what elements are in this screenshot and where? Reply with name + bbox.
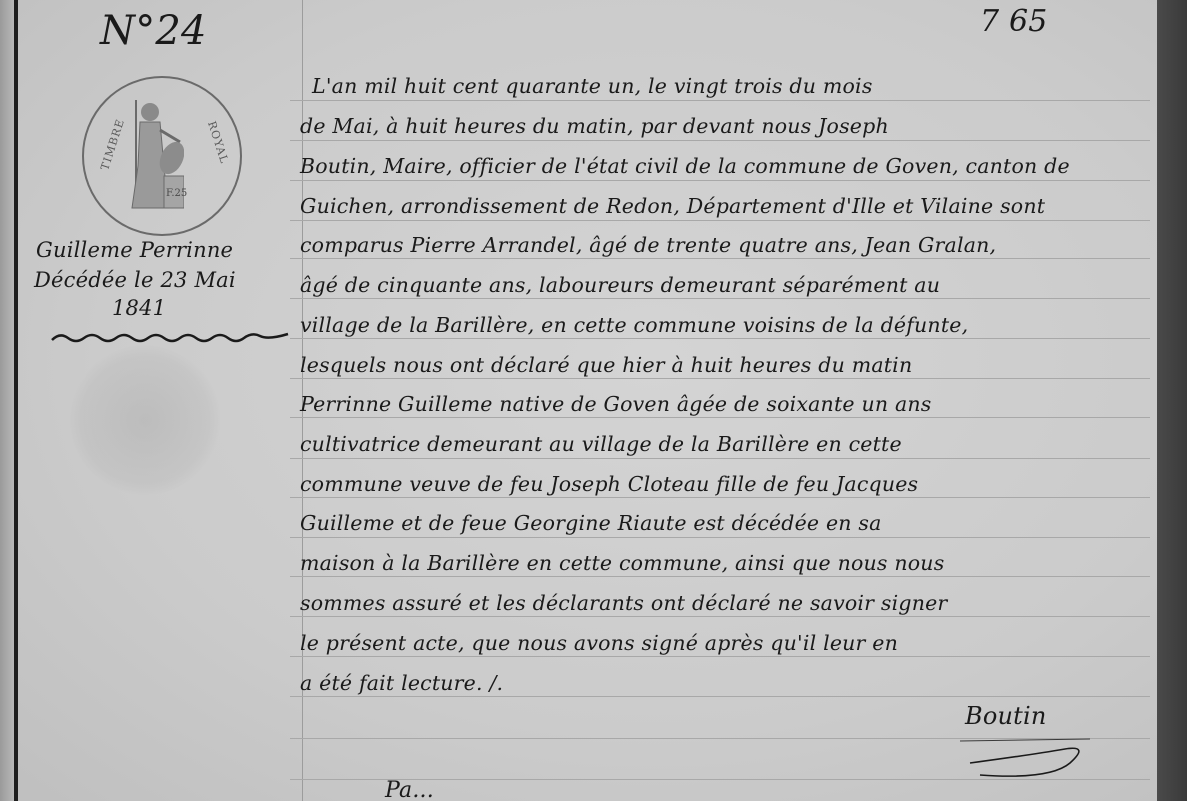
ruled-line <box>290 298 1150 299</box>
body-line-11: commune veuve de feu Joseph Cloteau fill… <box>300 472 918 496</box>
ruled-line <box>290 338 1150 339</box>
page-right-edge-shadow <box>1157 0 1187 801</box>
ruled-line <box>290 696 1150 697</box>
adjacent-page-edge <box>0 0 14 801</box>
binding-line <box>14 0 18 801</box>
body-line-16: a été fait lecture. /. <box>300 671 503 695</box>
scanned-register-page: N°24 7 65 TIMBRE ROYAL F.25 Guilleme Per… <box>0 0 1187 801</box>
stamp-text-royal: ROYAL <box>205 120 231 166</box>
page-number: 7 65 <box>980 4 1048 39</box>
body-line-5: comparus Pierre Arrandel, âgé de trente … <box>300 233 996 257</box>
margin-note-year: 1841 <box>112 296 166 320</box>
ruled-line <box>290 140 1150 141</box>
ruled-line <box>290 417 1150 418</box>
body-line-14: sommes assuré et les déclarants ont décl… <box>300 591 947 615</box>
stamp-price: F.25 <box>166 188 187 199</box>
next-entry-partial: Pa... <box>385 778 434 801</box>
body-line-13: maison à la Barillère en cette commune, … <box>300 551 944 575</box>
ruled-line <box>290 458 1150 459</box>
body-line-9: Perrinne Guilleme native de Goven âgée d… <box>300 392 932 416</box>
signature-flourish-icon <box>940 705 1130 785</box>
ruled-line <box>290 100 1150 101</box>
body-line-7: village de la Barillère, en cette commun… <box>300 313 968 337</box>
body-line-6: âgé de cinquante ans, laboureurs demeura… <box>300 273 940 297</box>
ruled-line <box>290 497 1150 498</box>
act-number: N°24 <box>100 8 207 54</box>
body-line-8: lesquels nous ont déclaré que hier à hui… <box>300 353 912 377</box>
faint-dry-seal <box>70 345 220 495</box>
ruled-line <box>290 616 1150 617</box>
stamp-text-timbre: TIMBRE <box>98 117 127 172</box>
timbre-royal-stamp: TIMBRE ROYAL F.25 <box>82 76 242 236</box>
body-line-10: cultivatrice demeurant au village de la … <box>300 432 902 456</box>
body-line-1: L'an mil huit cent quarante un, le vingt… <box>312 74 873 98</box>
body-line-12: Guilleme et de feue Georgine Riaute est … <box>300 511 882 535</box>
ruled-line <box>290 656 1150 657</box>
body-line-3: Boutin, Maire, officier de l'état civil … <box>300 154 1070 178</box>
body-line-15: le présent acte, que nous avons signé ap… <box>300 631 898 655</box>
body-line-4: Guichen, arrondissement de Redon, Départ… <box>300 194 1045 218</box>
ruled-line <box>290 378 1150 379</box>
ruled-line <box>290 258 1150 259</box>
squiggle-underline-icon <box>50 330 290 344</box>
margin-note-date: Décédée le 23 Mai <box>34 268 236 292</box>
ruled-line <box>290 180 1150 181</box>
ruled-line <box>290 220 1150 221</box>
body-line-2: de Mai, à huit heures du matin, par deva… <box>300 114 889 138</box>
margin-note-name: Guilleme Perrinne <box>36 238 233 262</box>
ruled-line <box>290 537 1150 538</box>
ruled-line <box>290 576 1150 577</box>
